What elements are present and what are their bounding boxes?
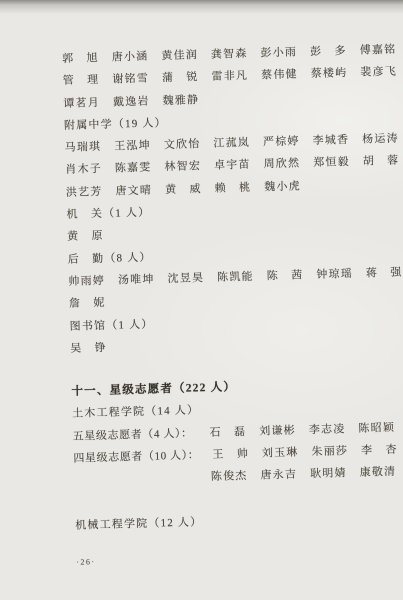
person-name: 肖木子 bbox=[65, 162, 102, 177]
person-name: 郑恒毅 bbox=[313, 155, 350, 170]
subsection-heading: 图书馆（1 人） bbox=[69, 310, 403, 333]
person-name: 卓宇苗 bbox=[214, 158, 251, 173]
person-name: 唐永吉 bbox=[260, 468, 297, 483]
person-name: 谭茗月 bbox=[63, 96, 100, 111]
person-name: 陈凯能 bbox=[217, 270, 254, 285]
person-name: 蒲 锐 bbox=[162, 70, 199, 85]
name-row: 洪艺芳唐文晴黄 威赖 桃魏小虎 bbox=[66, 176, 403, 199]
person-name: 裴彦飞 bbox=[360, 65, 397, 80]
person-name: 戴逸岩 bbox=[113, 94, 150, 109]
person-name: 沈昱昊 bbox=[167, 271, 204, 286]
person-name: 周欣然 bbox=[263, 157, 300, 172]
person-name: 陈俊杰 bbox=[211, 469, 248, 484]
name-row: 詹 妮 bbox=[69, 288, 403, 311]
subsection-heading: 土木工程学院（14 人） bbox=[72, 398, 403, 421]
row-label: 五星级志愿者（4 人）： bbox=[73, 426, 197, 443]
name-row: 管 理谢铭雪蒲 锐雷非凡蔡伟健蔡楼屿裴彦飞 bbox=[63, 65, 401, 88]
person-name: 黄佳润 bbox=[161, 48, 198, 63]
document-page: 郭 旭唐小涵黄佳润龚智森彭小雨彭 多傅嘉铭管 理谢铭雪蒲 锐雷非凡蔡伟健蔡楼屿裴… bbox=[62, 43, 403, 592]
person-name: 文欣怡 bbox=[164, 137, 201, 152]
person-name: 傅嘉铭 bbox=[360, 43, 397, 58]
name-row: 马瑞琪王泓坤文欣怡江菰岚严棕婷李城香杨运涛 bbox=[64, 132, 402, 155]
person-name: 雷非凡 bbox=[211, 69, 248, 84]
person-name: 石 磊 bbox=[209, 425, 246, 440]
person-name: 陈 茜 bbox=[267, 268, 304, 283]
person-name: 王泓坤 bbox=[114, 139, 151, 154]
person-name: 钟琼瑶 bbox=[316, 267, 353, 282]
name-row: 谭茗月戴逸岩魏雅静 bbox=[63, 87, 401, 110]
person-name: 林智宏 bbox=[164, 160, 201, 175]
name-row: 四星级志愿者（10 人）：王 帅刘玉琳朱丽莎李 杏李泓亿 bbox=[73, 442, 403, 465]
person-name: 管 理 bbox=[63, 73, 100, 88]
person-name: 刘谦彬 bbox=[259, 423, 296, 438]
person-name: 吴 铮 bbox=[70, 341, 107, 356]
person-name: 魏雅静 bbox=[162, 93, 199, 108]
person-name: 蒋 强 bbox=[366, 266, 403, 281]
person-name: 杨运涛 bbox=[362, 132, 399, 147]
person-name: 王 帅 bbox=[212, 447, 249, 462]
person-name: 李志凌 bbox=[309, 422, 346, 437]
name-row: 郭 旭唐小涵黄佳润龚智森彭小雨彭 多傅嘉铭 bbox=[62, 43, 400, 66]
person-name: 彭 多 bbox=[310, 44, 347, 59]
person-name: 黄 威 bbox=[165, 182, 202, 197]
name-row: 五星级志愿者（4 人）：石 磊刘谦彬李志凌陈昭颖 bbox=[73, 420, 403, 443]
person-name: 刘玉琳 bbox=[262, 446, 299, 461]
subsection-heading: 附属中学（19 人） bbox=[64, 109, 402, 132]
doc-content: 郭 旭唐小涵黄佳润龚智森彭小雨彭 多傅嘉铭管 理谢铭雪蒲 锐雷非凡蔡伟健蔡楼屿裴… bbox=[62, 43, 403, 533]
person-name: 詹 妮 bbox=[69, 296, 106, 311]
person-name: 唐文晴 bbox=[115, 183, 152, 198]
person-name: 彭小雨 bbox=[260, 45, 297, 60]
person-name: 唐小涵 bbox=[112, 50, 149, 65]
person-name: 严棕婷 bbox=[263, 135, 300, 150]
person-name: 龚智森 bbox=[211, 47, 248, 62]
person-name: 郭 旭 bbox=[62, 51, 99, 66]
person-name: 胡 蓉 bbox=[363, 154, 400, 169]
person-name: 蔡楼屿 bbox=[311, 66, 348, 81]
person-name: 赖 桃 bbox=[215, 181, 252, 196]
person-name: 朱丽莎 bbox=[311, 444, 348, 459]
person-name: 黄 原 bbox=[67, 229, 104, 244]
person-name: 江菰岚 bbox=[213, 136, 250, 151]
person-name: 陈嘉雯 bbox=[115, 161, 152, 176]
person-name: 马瑞琪 bbox=[64, 140, 101, 155]
name-row: 吴 铮 bbox=[70, 332, 403, 355]
name-row: 黄 原 bbox=[67, 221, 403, 244]
person-name: 洪艺芳 bbox=[66, 185, 103, 200]
person-name: 谢铭雪 bbox=[112, 72, 149, 87]
page-number: ·26· bbox=[76, 557, 96, 567]
person-name: 康敬清 bbox=[360, 465, 397, 480]
name-row: 帅雨婷汤唯坤沈昱昊陈凯能陈 茜钟琼瑶蒋 强 bbox=[68, 265, 403, 288]
person-name: 魏小虎 bbox=[264, 179, 301, 194]
person-name: 李 杏 bbox=[361, 443, 398, 458]
subsection-heading: 机 关（1 人） bbox=[66, 199, 403, 222]
person-name: 耿明婧 bbox=[310, 467, 347, 482]
person-name: 蔡伟健 bbox=[261, 68, 298, 83]
person-name: 帅雨婷 bbox=[68, 274, 105, 289]
person-name: 陈昭颖 bbox=[358, 421, 395, 436]
name-row: 肖木子陈嘉雯林智宏卓宇苗周欣然郑恒毅胡 蓉 bbox=[65, 154, 403, 177]
row-label: 四星级志愿者（10 人）： bbox=[73, 448, 199, 466]
name-row: 陈俊杰唐永吉耿明婧康敬清黄岑嶷 bbox=[211, 465, 403, 485]
scan-edge-shadow bbox=[0, 0, 403, 14]
subsection-heading: 后 勤（8 人） bbox=[68, 243, 403, 266]
person-name: 李城香 bbox=[312, 133, 349, 148]
person-name: 汤唯坤 bbox=[118, 272, 155, 287]
